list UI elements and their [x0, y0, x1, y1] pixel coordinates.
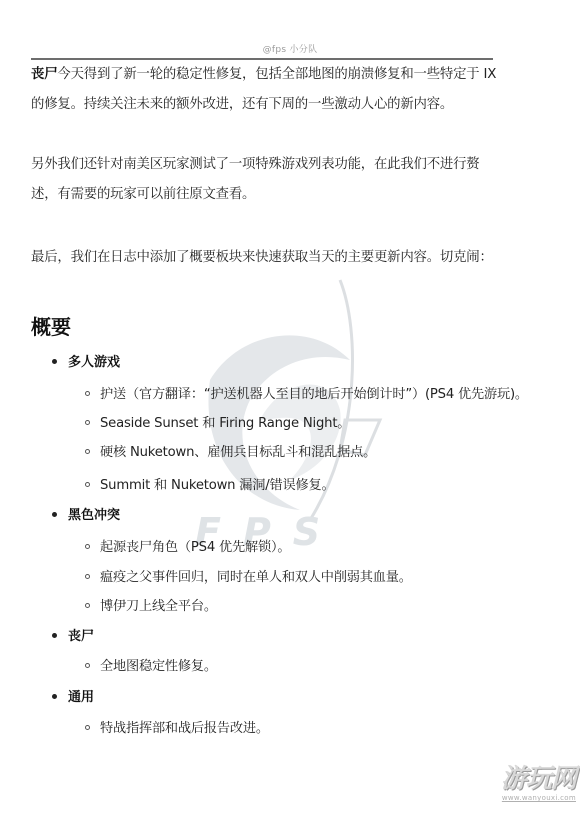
summary-item: 博伊刀上线全平台。: [85, 596, 217, 618]
summary-heading: 概要: [31, 311, 71, 340]
item-text: 护送（官方翻译：“护送机器人至目的地后开始倒计时”）(PS4 优先游玩)。: [100, 387, 528, 402]
summary-item: Seaside Sunset 和 Firing Range Night。: [85, 413, 350, 435]
summary-item: 瘟疫之父事件回归，同时在单人和双人中削弱其血量。: [85, 567, 412, 589]
summary-category: 黑色冲突: [52, 505, 120, 527]
sub-bullet-icon: [85, 725, 90, 730]
item-text: 特战指挥部和战后报告改进。: [100, 721, 269, 736]
site-logo-url: www.wanyouxi.com: [468, 794, 576, 802]
item-text: 硬核 Nuketown、雇佣兵目标乱斗和混乱据点。: [100, 445, 376, 460]
site-logo: 游玩网 www.wanyouxi.com: [468, 764, 576, 814]
category-label: 多人游戏: [68, 355, 120, 370]
sub-bullet-icon: [85, 603, 90, 608]
sub-bullet-icon: [85, 574, 90, 579]
intro-paragraph-1-text: 今天得到了新一轮的稳定性修复，包括全部地图的崩溃修复和一些特定于 IX 的修复。…: [31, 67, 496, 112]
summary-item: 护送（官方翻译：“护送机器人至目的地后开始倒计时”）(PS4 优先游玩)。: [85, 384, 528, 406]
category-label: 通用: [68, 690, 94, 705]
sub-bullet-icon: [85, 544, 90, 549]
summary-item: 全地图稳定性修复。: [85, 656, 217, 678]
sub-bullet-icon: [85, 482, 90, 487]
intro-bold-term: 丧尸: [31, 67, 57, 82]
category-label: 丧尸: [68, 629, 94, 644]
summary-category: 多人游戏: [52, 352, 120, 374]
intro-paragraph-3: 最后，我们在日志中添加了概要板块来快速获取当天的主要更新内容。切克闹：: [31, 243, 501, 273]
item-text: 瘟疫之父事件回归，同时在单人和双人中削弱其血量。: [100, 570, 412, 585]
sub-bullet-icon: [85, 391, 90, 396]
summary-category: 通用: [52, 687, 94, 709]
intro-paragraph-2: 另外我们还针对南美区玩家测试了一项特殊游戏列表功能，在此我们不进行赘述，有需要的…: [31, 150, 501, 210]
summary-category: 丧尸: [52, 626, 94, 648]
bullet-icon: [52, 694, 57, 699]
summary-item: 起源丧尸角色（PS4 优先解锁）。: [85, 537, 290, 559]
item-text: 博伊刀上线全平台。: [100, 599, 217, 614]
summary-item: 硬核 Nuketown、雇佣兵目标乱斗和混乱据点。: [85, 442, 376, 464]
item-text: 全地图稳定性修复。: [100, 659, 217, 674]
item-text: Seaside Sunset 和 Firing Range Night。: [100, 416, 350, 431]
item-text: 起源丧尸角色（PS4 优先解锁）。: [100, 540, 290, 555]
sub-bullet-icon: [85, 420, 90, 425]
sub-bullet-icon: [85, 663, 90, 668]
bullet-icon: [52, 359, 57, 364]
intro-paragraph-1: 丧尸今天得到了新一轮的稳定性修复，包括全部地图的崩溃修复和一些特定于 IX 的修…: [31, 60, 501, 120]
category-label: 黑色冲突: [68, 508, 120, 523]
summary-item: Summit 和 Nuketown 漏洞/错误修复。: [85, 475, 334, 497]
bullet-icon: [52, 512, 57, 517]
site-logo-title: 游玩网: [468, 764, 576, 794]
sub-bullet-icon: [85, 449, 90, 454]
summary-item: 特战指挥部和战后报告改进。: [85, 718, 269, 740]
item-text: Summit 和 Nuketown 漏洞/错误修复。: [100, 478, 334, 493]
source-tag: @fps 小分队: [0, 42, 580, 55]
bullet-icon: [52, 633, 57, 638]
